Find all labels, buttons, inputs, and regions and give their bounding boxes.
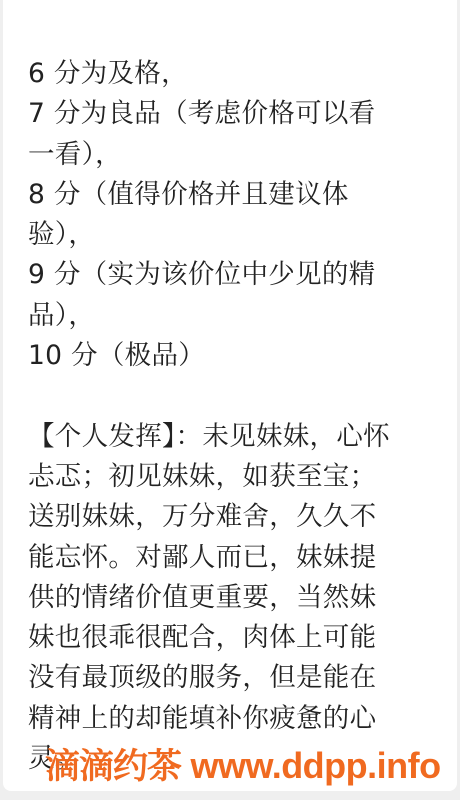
score-line-7-cont: 一看）， [28,135,440,175]
score-line-9: 9 分（实为该价位中少见的精 [28,255,440,295]
content-card: 6 分为及格， 7 分为良品（考虑价格可以看 一看）， 8 分（值得价格并且建议… [3,0,457,791]
score-line-7: 7 分为良品（考虑价格可以看 [28,94,440,134]
personal-line: 送别妹妹，万分难舍，久久不 [28,497,440,537]
personal-line: 妹也很乖很配合，肉体上可能 [28,618,440,658]
watermark: 滴滴约茶 www.ddpp.info [45,744,441,789]
watermark-url: www.ddpp.info [181,745,441,786]
personal-line: 精神上的却能填补你疲惫的心 [28,699,440,739]
score-line-8: 8 分（值得价格并且建议体 [28,175,440,215]
score-line-8-cont: 验）， [28,215,440,255]
personal-line: 能忘怀。对鄙人而已，妹妹提 [28,538,440,578]
review-text: 6 分为及格， 7 分为良品（考虑价格可以看 一看）， 8 分（值得价格并且建议… [28,54,440,779]
personal-line: 供的情绪价值更重要，当然妹 [28,578,440,618]
personal-line: 忐忑；初见妹妹，如获至宝； [28,457,440,497]
score-line-9-cont: 品）， [28,296,440,336]
score-line-10: 10 分（极品） [28,336,440,376]
paragraph-spacer [28,376,440,416]
watermark-brand: 滴滴约茶 [45,747,181,787]
personal-line: 没有最顶级的服务，但是能在 [28,658,440,698]
personal-line: 【个人发挥】：未见妹妹，心怀 [28,417,440,457]
score-line-6: 6 分为及格， [28,54,440,94]
